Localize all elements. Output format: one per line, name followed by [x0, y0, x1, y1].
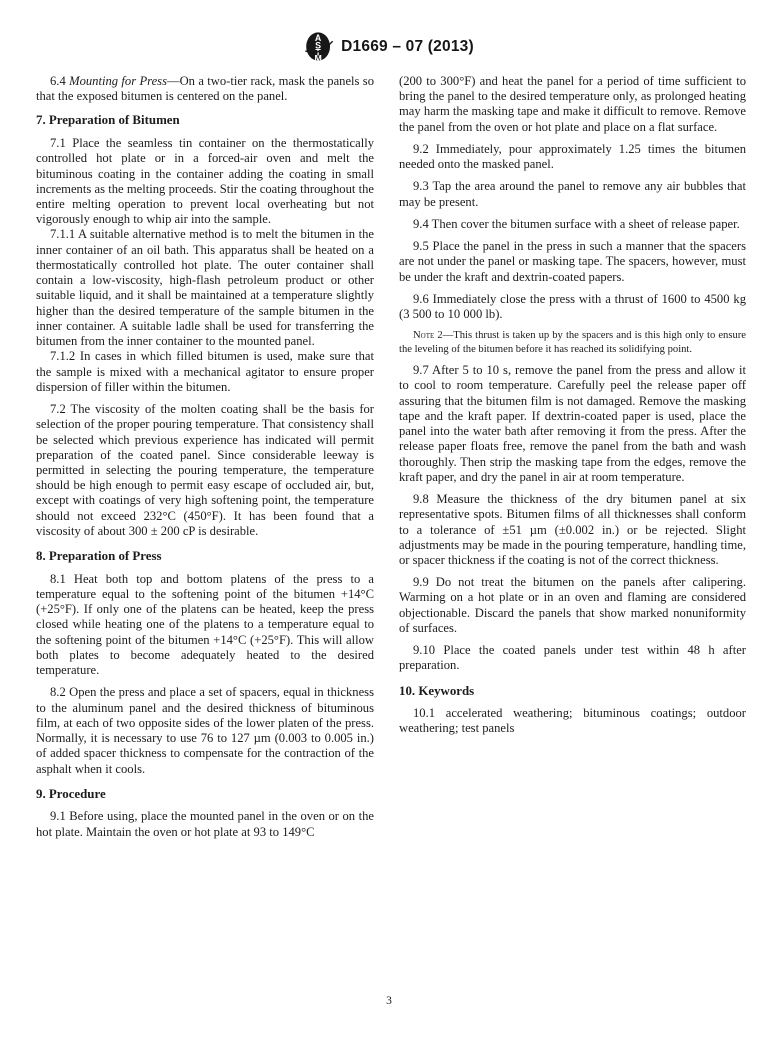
- paragraph-8-1: 8.1 Heat both top and bottom platens of …: [36, 572, 374, 679]
- paragraph-9-10: 9.10 Place the coated panels under test …: [399, 643, 746, 673]
- document-page: A S T M D1669 – 07 (2013) 6.4 Mounting f…: [0, 0, 778, 1041]
- paragraph-7-1-1: 7.1.1 A suitable alternative method is t…: [36, 227, 374, 349]
- section-heading-10: 10. Keywords: [399, 684, 746, 700]
- paragraph-9-9: 9.9 Do not treat the bitumen on the pane…: [399, 575, 746, 636]
- note-text: —This thrust is taken up by the spacers …: [399, 330, 746, 354]
- paragraph-number: 6.4: [50, 74, 66, 88]
- paragraph-7-1-2: 7.1.2 In cases in which filled bitumen i…: [36, 349, 374, 395]
- paragraph-7-1: 7.1 Place the seamless tin container on …: [36, 136, 374, 227]
- paragraph-9-1: 9.1 Before using, place the mounted pane…: [36, 809, 374, 839]
- note-2: Note 2—This thrust is taken up by the sp…: [399, 329, 746, 356]
- right-column: (200 to 300°F) and heat the panel for a …: [399, 74, 746, 737]
- paragraph-9-7: 9.7 After 5 to 10 s, remove the panel fr…: [399, 363, 746, 485]
- astm-logo-icon: A S T M: [304, 30, 334, 63]
- paragraph-9-6: 9.6 Immediately close the press with a t…: [399, 292, 746, 322]
- page-number: 3: [0, 995, 778, 1007]
- section-heading-9: 9. Procedure: [36, 787, 374, 803]
- paragraph-7-2: 7.2 The viscosity of the molten coating …: [36, 402, 374, 539]
- left-column: 6.4 Mounting for Press—On a two-tier rac…: [36, 74, 374, 840]
- section-heading-7: 7. Preparation of Bitumen: [36, 113, 374, 129]
- paragraph-9-4: 9.4 Then cover the bitumen surface with …: [399, 217, 746, 232]
- paragraph-8-2: 8.2 Open the press and place a set of sp…: [36, 685, 374, 776]
- paragraph-6-4: 6.4 Mounting for Press—On a two-tier rac…: [36, 74, 374, 104]
- note-label: Note 2: [413, 330, 443, 341]
- paragraph-10-1: 10.1 accelerated weathering; bituminous …: [399, 706, 746, 736]
- document-header: A S T M D1669 – 07 (2013): [0, 30, 778, 63]
- svg-text:M: M: [315, 54, 322, 64]
- paragraph-italic-title: Mounting for Press: [69, 74, 167, 88]
- paragraph-9-2: 9.2 Immediately, pour approximately 1.25…: [399, 142, 746, 172]
- standard-designation: D1669 – 07 (2013): [341, 38, 474, 56]
- paragraph-9-1-continued: (200 to 300°F) and heat the panel for a …: [399, 74, 746, 135]
- paragraph-9-3: 9.3 Tap the area around the panel to rem…: [399, 179, 746, 209]
- paragraph-9-5: 9.5 Place the panel in the press in such…: [399, 239, 746, 285]
- paragraph-9-8: 9.8 Measure the thickness of the dry bit…: [399, 492, 746, 568]
- section-heading-8: 8. Preparation of Press: [36, 549, 374, 565]
